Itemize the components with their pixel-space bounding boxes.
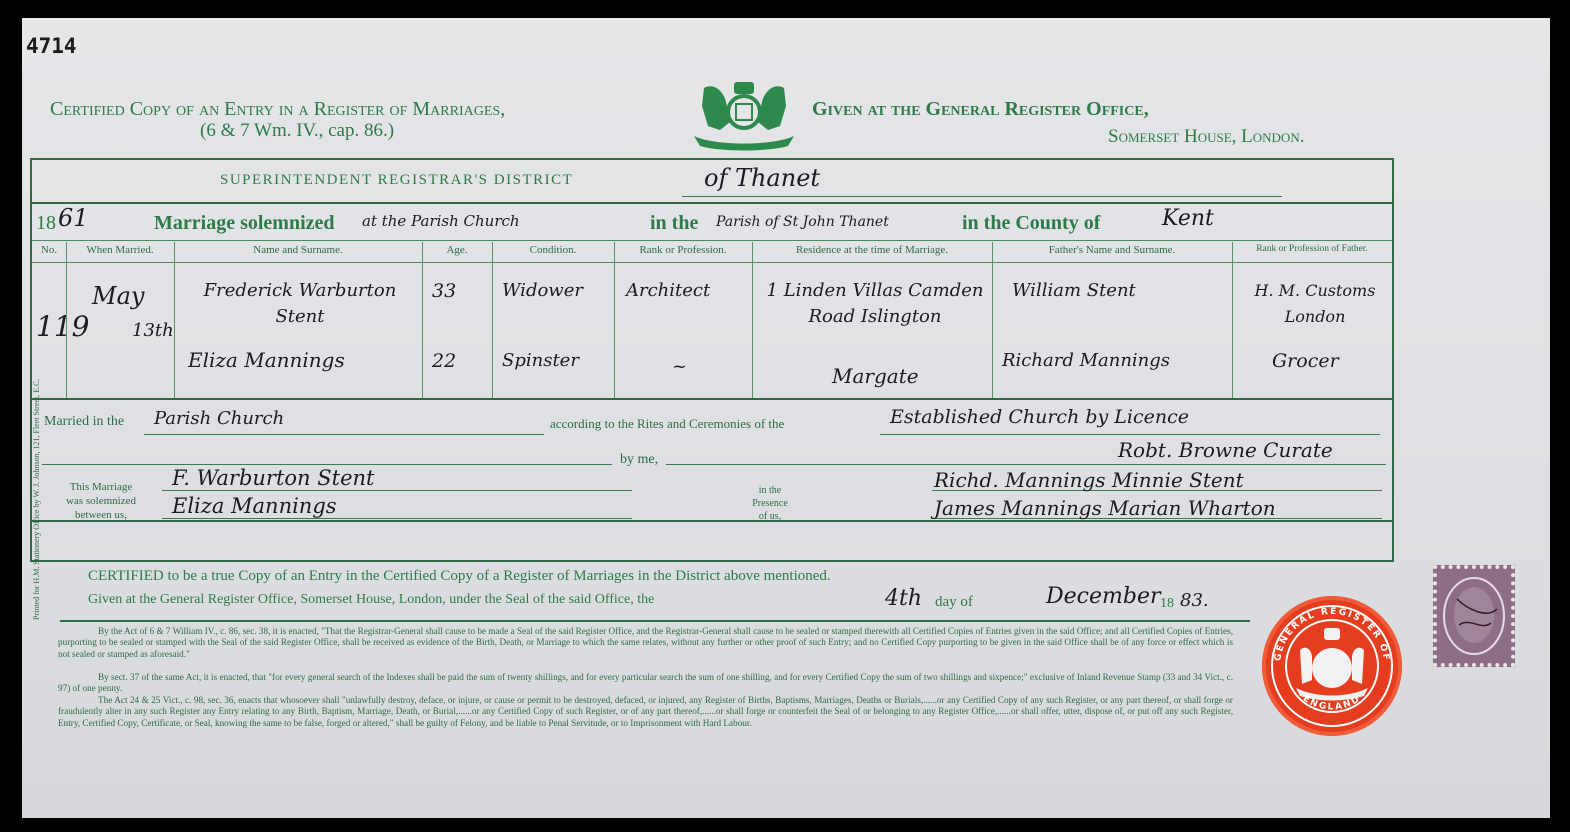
year-hand: 61 — [58, 204, 89, 232]
certified-month: December — [1046, 584, 1160, 609]
rites-line — [880, 434, 1380, 435]
by-me-line — [42, 464, 612, 465]
bride-residence: Margate — [832, 364, 919, 388]
rites-label: according to the Rites and Ceremonies of… — [550, 416, 784, 432]
officiant-line — [666, 464, 1386, 465]
certified-year-printed: 18 — [1160, 596, 1174, 612]
column-header: Name and Surname. — [174, 244, 422, 256]
register-entry-box: SUPERINTENDENT REGISTRAR'S DISTRICT of T… — [30, 158, 1394, 562]
column-divider — [1232, 242, 1233, 398]
groom-name: Frederick Warburton Stent — [182, 278, 418, 330]
divider — [32, 520, 1392, 522]
fine-print-rule — [60, 620, 1250, 622]
county-label: in the County of — [962, 212, 1100, 235]
officiant: Robt. Browne Curate — [1118, 438, 1333, 462]
district-label: SUPERINTENDENT REGISTRAR'S DISTRICT — [220, 172, 573, 189]
groom-age: 33 — [432, 280, 456, 302]
solemnized-label: Marriage solemnized — [154, 212, 335, 235]
column-header: No. — [32, 244, 66, 256]
column-header: Rank or Profession of Father. — [1232, 244, 1392, 254]
column-header: When Married. — [66, 244, 174, 256]
general-register-office-seal: THE GENERAL REGISTER OFFICE ENGLAND — [1262, 596, 1402, 736]
witnesses-line1: Richd. Mannings Minnie Stent — [934, 468, 1244, 492]
column-divider — [614, 242, 615, 398]
header-left-title: Certified Copy of an Entry in a Register… — [50, 98, 505, 121]
header-right-title: Given at the General Register Office, — [812, 98, 1149, 121]
in-the-label: in the — [650, 212, 698, 235]
certified-line2: Given at the General Register Office, So… — [88, 592, 654, 608]
signature-line — [162, 490, 632, 491]
header-right-address: Somerset House, London. — [1108, 126, 1304, 148]
certified-year-hand: 83. — [1180, 590, 1209, 611]
bride-profession: ~ — [672, 356, 687, 377]
presence-label: in the Presence of us, — [740, 484, 800, 523]
married-in-value: Parish Church — [154, 408, 284, 429]
serial-number: 4714 — [26, 34, 77, 58]
divider — [32, 262, 1392, 263]
certified-day-of: day of — [935, 594, 973, 611]
fine-print-para-3: The Act 24 & 25 Vict., c. 98, sec. 36, e… — [58, 695, 1233, 729]
groom-signature: F. Warburton Stent — [172, 466, 374, 490]
witnesses-line2: James Mannings Marian Wharton — [934, 496, 1276, 520]
fine-print-para-1: By the Act of 6 & 7 William IV., c. 86, … — [58, 626, 1233, 660]
divider — [32, 398, 1392, 400]
groom-profession: Architect — [626, 280, 710, 301]
column-header: Father's Name and Surname. — [992, 244, 1232, 256]
bride-signature: Eliza Mannings — [172, 494, 337, 518]
divider — [32, 240, 1392, 241]
solemnized-value: at the Parish Church — [362, 212, 520, 230]
signature-line — [162, 518, 632, 519]
groom-residence: 1 Linden Villas Camden Road Islington — [762, 278, 988, 330]
groom-father: William Stent — [1012, 280, 1136, 301]
header-left-act: (6 & 7 Wm. IV., cap. 86.) — [200, 120, 394, 142]
married-in-label: Married in the — [44, 414, 124, 430]
county-value: Kent — [1162, 206, 1214, 231]
fine-print-para-2: By sect. 37 of the same Act, it is enact… — [58, 672, 1233, 695]
rites-value: Established Church by Licence — [890, 406, 1189, 428]
bride-age: 22 — [432, 350, 456, 372]
column-divider — [422, 242, 423, 398]
bride-father-profession: Grocer — [1272, 350, 1339, 372]
one-penny-lilac-stamp — [1433, 565, 1515, 667]
column-header: Rank or Profession. — [614, 244, 752, 256]
certified-day: 4th — [885, 586, 922, 611]
divider — [32, 202, 1392, 204]
column-header: Residence at the time of Marriage. — [752, 244, 992, 256]
column-divider — [492, 242, 493, 398]
column-header: Condition. — [492, 244, 614, 256]
bride-father: Richard Mannings — [1002, 350, 1170, 371]
groom-father-profession: H. M. Customs London — [1240, 278, 1390, 330]
married-day: 13th — [132, 320, 174, 341]
column-divider — [174, 242, 175, 398]
entry-number: 119 — [36, 310, 89, 343]
certified-line1: CERTIFIED to be a true Copy of an Entry … — [88, 568, 831, 585]
married-month: May — [92, 282, 144, 310]
bride-condition: Spinster — [502, 350, 579, 371]
royal-coat-of-arms-icon — [684, 76, 804, 154]
by-me-label: by me, — [620, 452, 658, 468]
parish-value: Parish of St John Thanet — [716, 214, 889, 230]
column-divider — [752, 242, 753, 398]
year-prefix: 18 — [36, 212, 56, 235]
district-line — [682, 196, 1282, 197]
district-value: of Thanet — [704, 164, 820, 192]
column-divider — [992, 242, 993, 398]
column-header: Age. — [422, 244, 492, 256]
married-in-line — [144, 434, 544, 435]
solemnized-between-label: This Marriage was solemnized between us, — [56, 480, 146, 522]
bride-name: Eliza Mannings — [188, 348, 345, 372]
groom-condition: Widower — [502, 280, 583, 301]
